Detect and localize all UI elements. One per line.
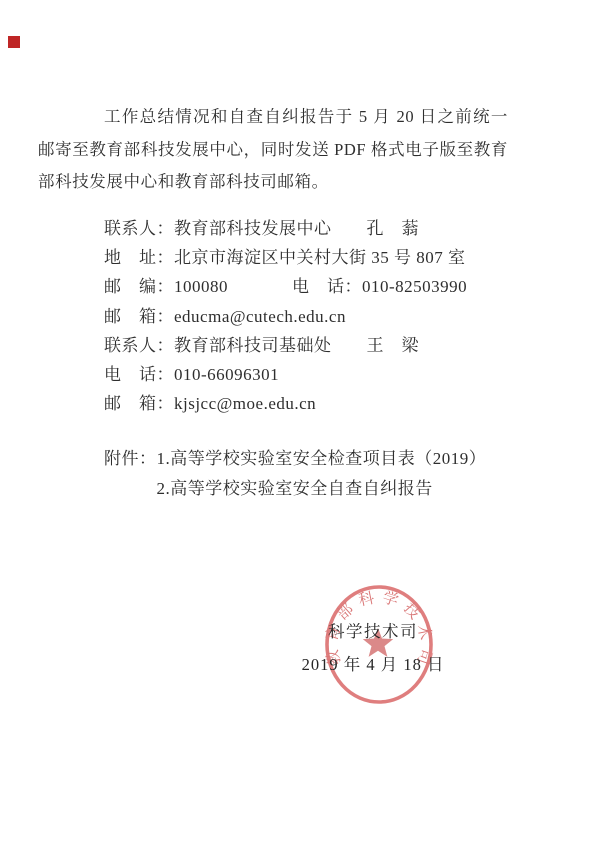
contact-label: 邮 箱：: [104, 302, 174, 331]
contact-label: 联系人：: [104, 331, 174, 360]
contact-value: 100080: [174, 277, 228, 296]
contact-value: educma@cutech.edu.cn: [174, 307, 346, 326]
contact-row-person-2: 联系人：教育部科技司基础处 王 梁: [104, 331, 544, 360]
contact-value: 教育部科技发展中心 孔 蓊: [174, 219, 419, 238]
contact-info-block: 联系人：教育部科技发展中心 孔 蓊 地 址：北京市海淀区中关村大街 35 号 8…: [104, 214, 544, 418]
contact-row-postcode-phone: 邮 编：100080电 话：010-82503990: [104, 272, 544, 301]
contact-label: 电 话：: [292, 272, 362, 301]
contact-label: 地 址：: [104, 243, 174, 272]
document-page: 工作总结情况和自查自纠报告于 5 月 20 日之前统一邮寄至教育部科技发展中心，…: [0, 0, 599, 855]
contact-row-person-1: 联系人：教育部科技发展中心 孔 蓊: [104, 214, 544, 243]
signature-date: 2019 年 4 月 18 日: [284, 651, 462, 675]
contact-label: 邮 箱：: [104, 389, 174, 418]
attachments-label: 附件：: [104, 444, 157, 469]
contact-value: 010-82503990: [362, 277, 467, 296]
contact-value: 北京市海淀区中关村大街 35 号 807 室: [174, 248, 466, 267]
body-paragraph: 工作总结情况和自查自纠报告于 5 月 20 日之前统一邮寄至教育部科技发展中心，…: [38, 101, 508, 199]
contact-value: 010-66096301: [174, 365, 279, 384]
contact-row-address: 地 址：北京市海淀区中关村大街 35 号 807 室: [104, 243, 544, 272]
contact-value: kjsjcc@moe.edu.cn: [174, 394, 316, 413]
official-seal-graphic: 教育部科学技术司: [319, 583, 439, 708]
attachments-block: 附件： 1.高等学校实验室安全检查项目表（2019） 2.高等学校实验室安全自查…: [104, 444, 486, 504]
signature-department: 科学技术司: [284, 618, 462, 642]
contact-row-email-2: 邮 箱：kjsjcc@moe.edu.cn: [104, 389, 544, 418]
contact-row-email-1: 邮 箱：educma@cutech.edu.cn: [104, 302, 544, 331]
contact-value: 教育部科技司基础处 王 梁: [174, 336, 419, 355]
red-corner-marker: [8, 36, 20, 48]
contact-label: 电 话：: [104, 360, 174, 389]
attachment-item: 1.高等学校实验室安全检查项目表（2019）: [157, 444, 487, 474]
contact-label: 联系人：: [104, 214, 174, 243]
contact-label: 邮 编：: [104, 272, 174, 301]
attachments-list: 1.高等学校实验室安全检查项目表（2019） 2.高等学校实验室安全自查自纠报告: [157, 444, 487, 504]
attachment-item: 2.高等学校实验室安全自查自纠报告: [157, 474, 487, 504]
official-seal: 教育部科学技术司: [319, 583, 439, 708]
contact-row-phone-2: 电 话：010-66096301: [104, 360, 544, 389]
